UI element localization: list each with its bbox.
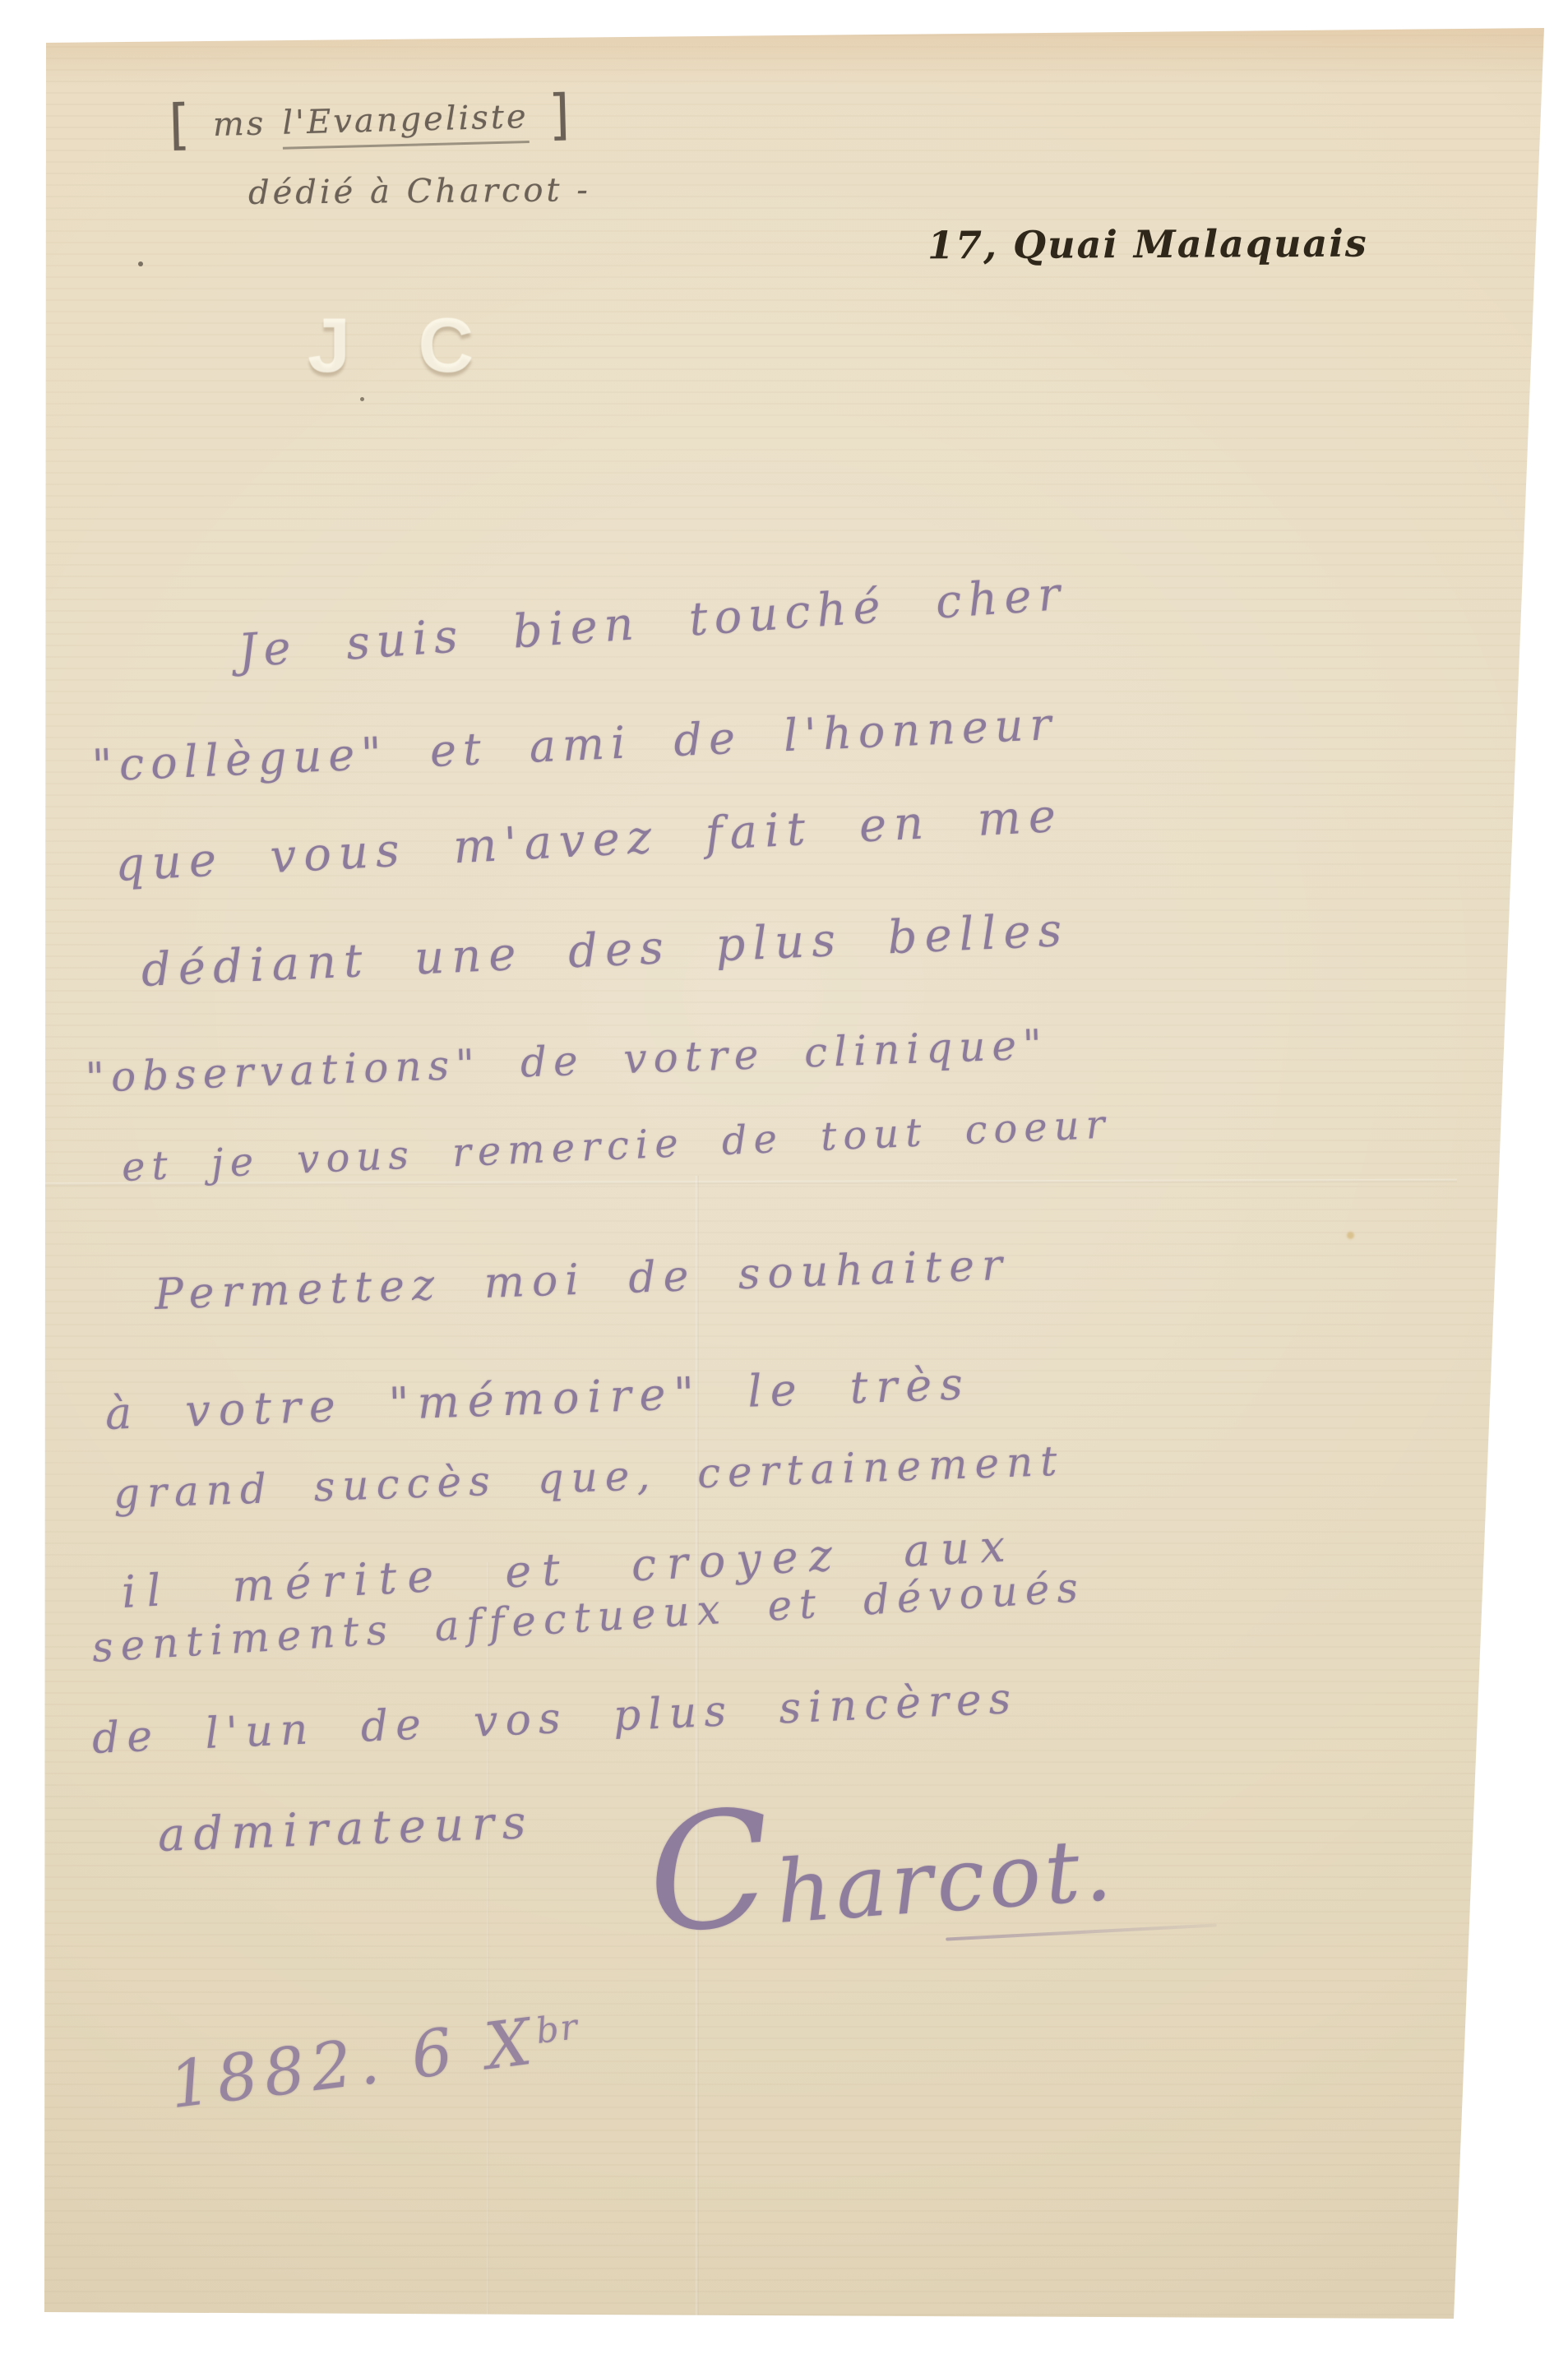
photo-background: [ ms l'Evangeliste ] dédié à Charcot - 1… — [0, 0, 1568, 2368]
foxing-spot — [360, 397, 364, 401]
body-line-1: Je suis bien touché cher — [237, 567, 1068, 678]
body-line-2: "collègue" et ami de l'honneur — [91, 698, 1059, 792]
body-line-9: grand succès que, certainement — [113, 1437, 1065, 1518]
body-line-6: et je vous remercie de tout coeur — [121, 1101, 1112, 1190]
foxing-spot — [138, 261, 143, 266]
embossed-monogram: J C — [308, 303, 497, 391]
body-line-13: admirateurs — [157, 1796, 535, 1862]
body-line-5: "observations" de votre clinique" — [85, 1020, 1049, 1102]
pencil-annotation-dedication: dédié à Charcot - — [248, 171, 591, 212]
body-line-4: dédiant une des plus belles — [141, 904, 1071, 997]
body-line-7: Permettez moi de souhaiter — [154, 1241, 1011, 1320]
paper-top-edge-tint — [44, 26, 1546, 86]
body-line-12: de l'un de vos plus sincères — [91, 1674, 1020, 1764]
letter-paper: [ ms l'Evangeliste ] dédié à Charcot - 1… — [0, 0, 1568, 2368]
bracket-open: [ — [160, 100, 197, 150]
fold-crease-vertical-2 — [487, 1562, 489, 2315]
date-suffix: br — [534, 2006, 581, 2052]
bracket-close: ] — [544, 90, 580, 139]
date-line: 1882. 6 Xbr — [165, 2000, 584, 2124]
pencil-annotation-line1: [ ms l'Evangeliste ] — [160, 83, 580, 152]
annotation-prefix: ms — [212, 104, 266, 144]
letterhead-address: 17, Quai Malaquais — [927, 221, 1368, 268]
fold-crease-vertical — [696, 1176, 699, 2317]
body-line-3: que vous m'avez fait en me — [113, 789, 1064, 892]
date-main: 1882. 6 X — [165, 2005, 542, 2123]
foxing-spot — [1347, 1232, 1354, 1239]
annotation-title: l'Evangeliste — [282, 98, 530, 150]
body-line-8: à votre "mémoire" le très — [104, 1357, 972, 1440]
